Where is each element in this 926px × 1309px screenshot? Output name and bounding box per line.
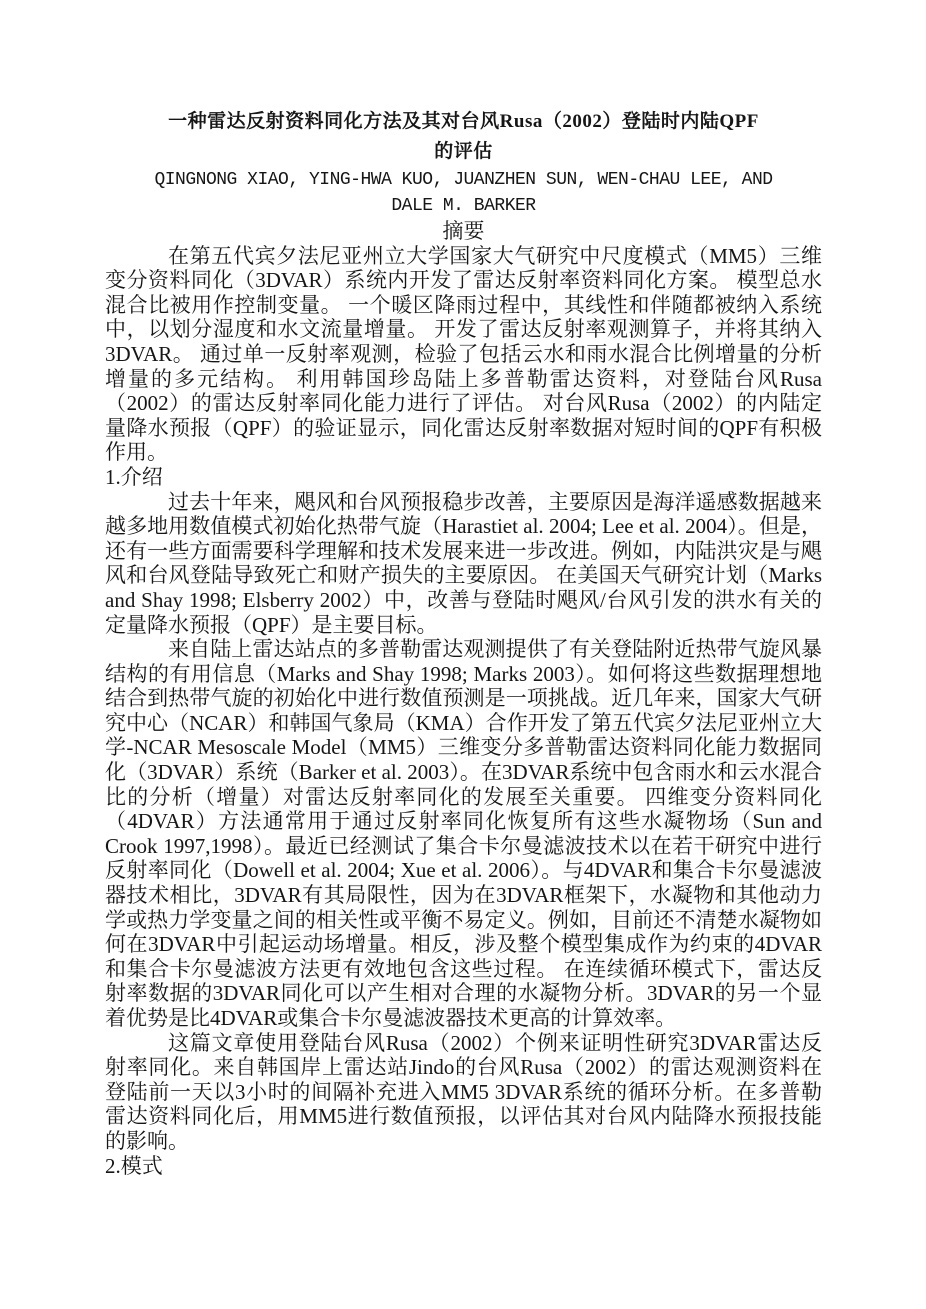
paper-title-line1: 一种雷达反射资料同化方法及其对台风Rusa（2002）登陆时内陆QPF <box>105 107 822 137</box>
section-heading-model: 2.模式 <box>105 1154 822 1179</box>
author-list: QINGNONG XIAO, YING-HWA KUO, JUANZHEN SU… <box>105 167 822 219</box>
abstract-heading: 摘要 <box>105 219 822 244</box>
author-line-2: DALE M. BARKER <box>105 193 822 219</box>
abstract-paragraph: 在第五代宾夕法尼亚州立大学国家大气研究中尺度模式（MM5）三维变分资料同化（3D… <box>105 244 822 465</box>
document-page: 一种雷达反射资料同化方法及其对台风Rusa（2002）登陆时内陆QPF 的评估 … <box>0 0 926 1309</box>
introduction-paragraph-2: 来自陆上雷达站点的多普勒雷达观测提供了有关登陆附近热带气旋风暴结构的有用信息（M… <box>105 637 822 1031</box>
section-heading-introduction: 1.介绍 <box>105 465 822 490</box>
paper-title: 一种雷达反射资料同化方法及其对台风Rusa（2002）登陆时内陆QPF 的评估 <box>105 107 822 167</box>
paper-title-line2: 的评估 <box>105 137 822 167</box>
author-line-1: QINGNONG XIAO, YING-HWA KUO, JUANZHEN SU… <box>105 167 822 193</box>
introduction-paragraph-3: 这篇文章使用登陆台风Rusa（2002）个例来证明性研究3DVAR雷达反射率同化… <box>105 1031 822 1154</box>
introduction-paragraph-1: 过去十年来，飓风和台风预报稳步改善，主要原因是海洋遥感数据越来越多地用数值模式初… <box>105 490 822 638</box>
